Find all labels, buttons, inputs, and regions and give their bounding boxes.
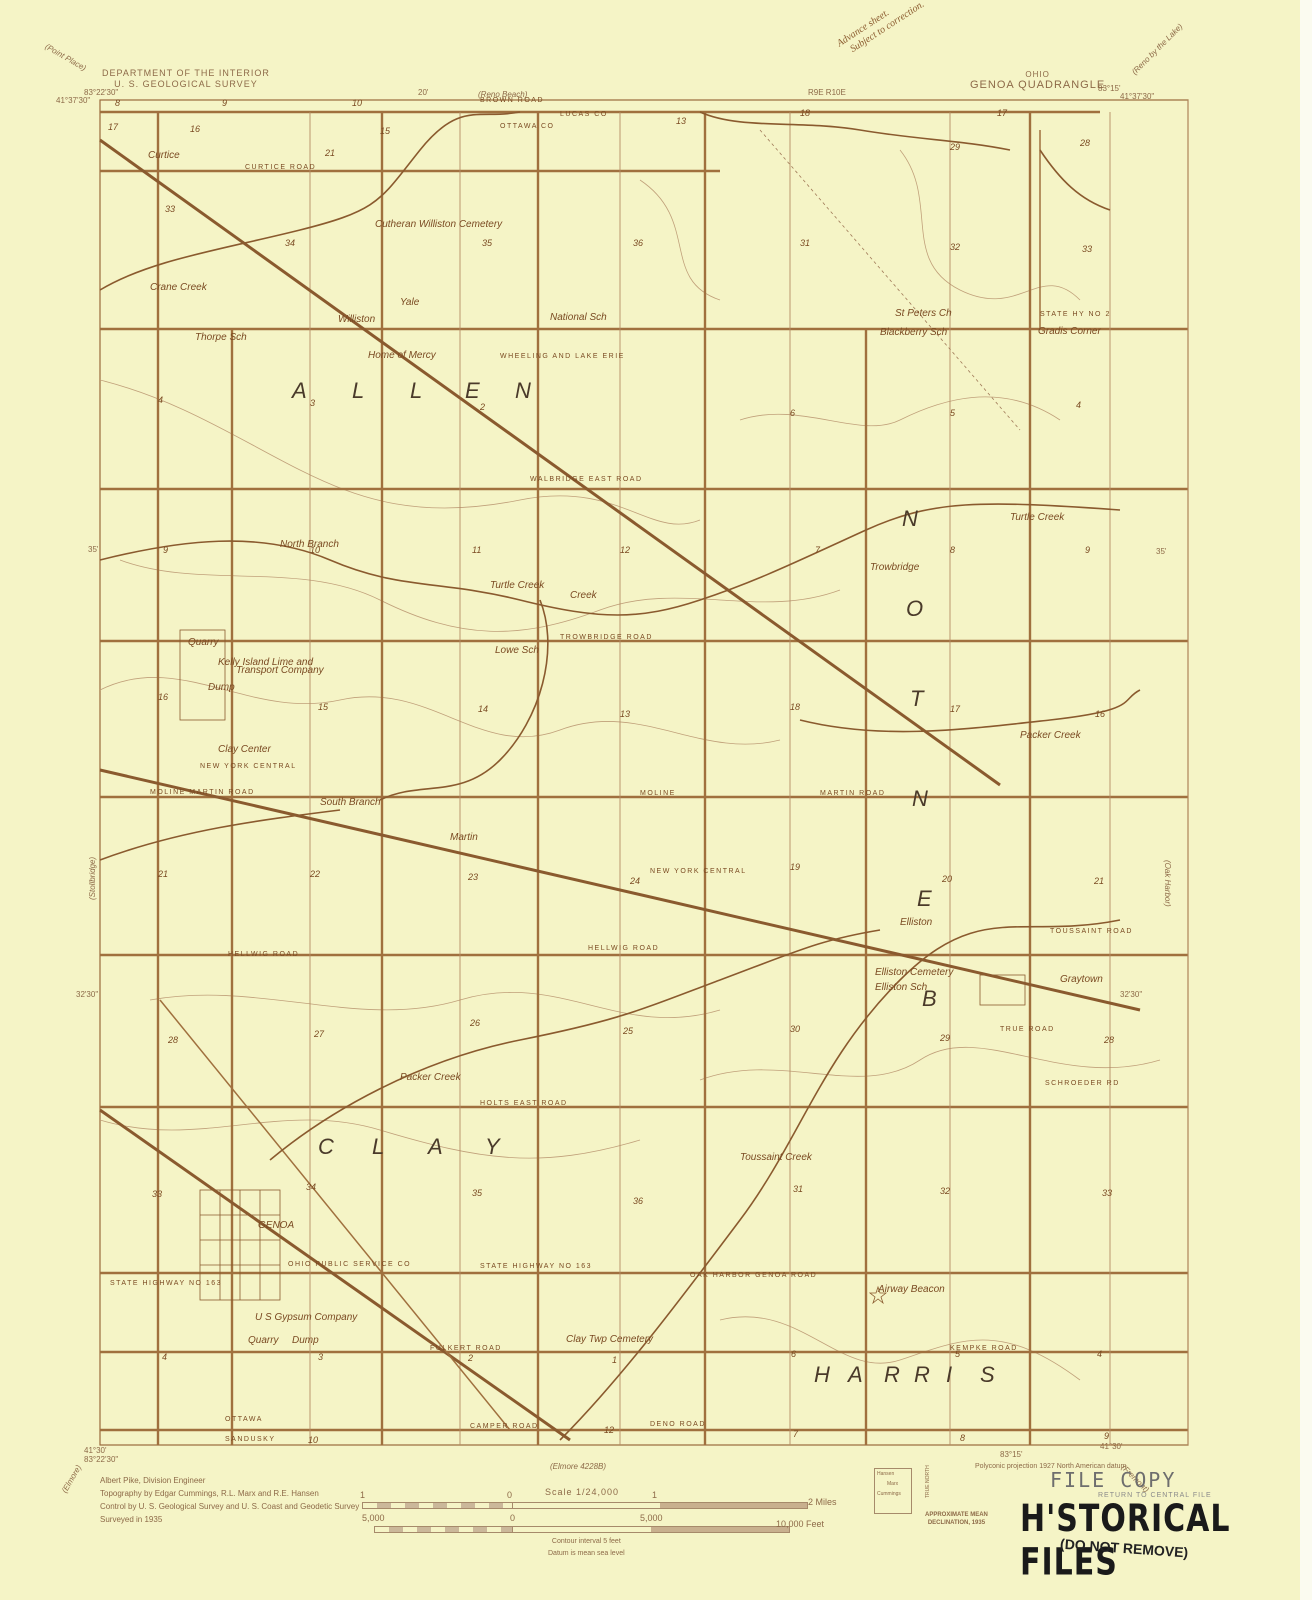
- section-lines: [310, 100, 1188, 1445]
- highways: [160, 130, 1040, 1430]
- true-north-arrow-label: TRUE NORTH: [925, 1465, 931, 1498]
- topographic-map[interactable]: [0, 0, 1312, 1600]
- feet-tick-10000: 10,000 Feet: [776, 1519, 824, 1529]
- toussaint-creek: [560, 920, 1120, 1440]
- contour-interval: Contour interval 5 feet: [548, 1536, 625, 1548]
- feet-tick-5000: 5,000: [640, 1513, 663, 1523]
- neatline: [100, 100, 1188, 1445]
- scale-label: Scale 1/24,000: [545, 1487, 619, 1497]
- crane-creek-north: [700, 112, 1010, 150]
- miles-tick-1b: 1: [652, 1490, 657, 1500]
- declination-note: APPROXIMATE MEAN DECLINATION, 1935: [925, 1511, 988, 1527]
- datum: Datum is mean sea level: [548, 1548, 625, 1560]
- airway-beacon-star-icon: [870, 1287, 886, 1303]
- contour-note: Contour interval 5 feet Datum is mean se…: [548, 1536, 625, 1560]
- roads: [100, 112, 1188, 1445]
- credit-division-engineer: Albert Pike, Division Engineer: [100, 1474, 359, 1487]
- creek-ne: [1040, 150, 1110, 210]
- transmission-line: [760, 130, 1020, 430]
- index-marx: Marx: [875, 1479, 911, 1489]
- declination-line-2: DECLINATION, 1935: [925, 1519, 988, 1527]
- miles-scale-bar-right: [512, 1502, 808, 1509]
- file-copy-stamp: FILE COPY: [1050, 1468, 1176, 1492]
- credit-surveyed: Surveyed in 1935: [100, 1513, 359, 1526]
- feet-scale-bar-left: [374, 1526, 514, 1533]
- miles-tick-1: 1: [360, 1490, 365, 1500]
- packer-creek-north: [800, 690, 1140, 732]
- contour-lines: [100, 150, 1160, 1380]
- credits-block: Albert Pike, Division Engineer Topograph…: [100, 1474, 359, 1526]
- credit-topography: Topography by Edgar Cummings, R.L. Marx …: [100, 1487, 359, 1500]
- index-cummings: Cummings: [875, 1489, 911, 1499]
- miles-tick-0: 0: [507, 1490, 512, 1500]
- feet-tick-0: 0: [510, 1513, 515, 1523]
- new-york-central-genoa-branch: [100, 1110, 570, 1440]
- feet-scale-bar-right: [512, 1526, 790, 1533]
- credit-control: Control by U. S. Geological Survey and U…: [100, 1500, 359, 1513]
- index-hansen: Hansen: [875, 1469, 911, 1479]
- turtle-creek: [100, 504, 1120, 615]
- miles-tick-2: 2 Miles: [808, 1497, 837, 1507]
- miles-scale-bar-left: [362, 1502, 514, 1509]
- topography-index-grid: Hansen Marx Cummings: [874, 1468, 912, 1514]
- town-blocks: [180, 630, 1025, 1300]
- declination-line-1: APPROXIMATE MEAN: [925, 1511, 988, 1519]
- feet-tick-5000-left: 5,000: [362, 1513, 385, 1523]
